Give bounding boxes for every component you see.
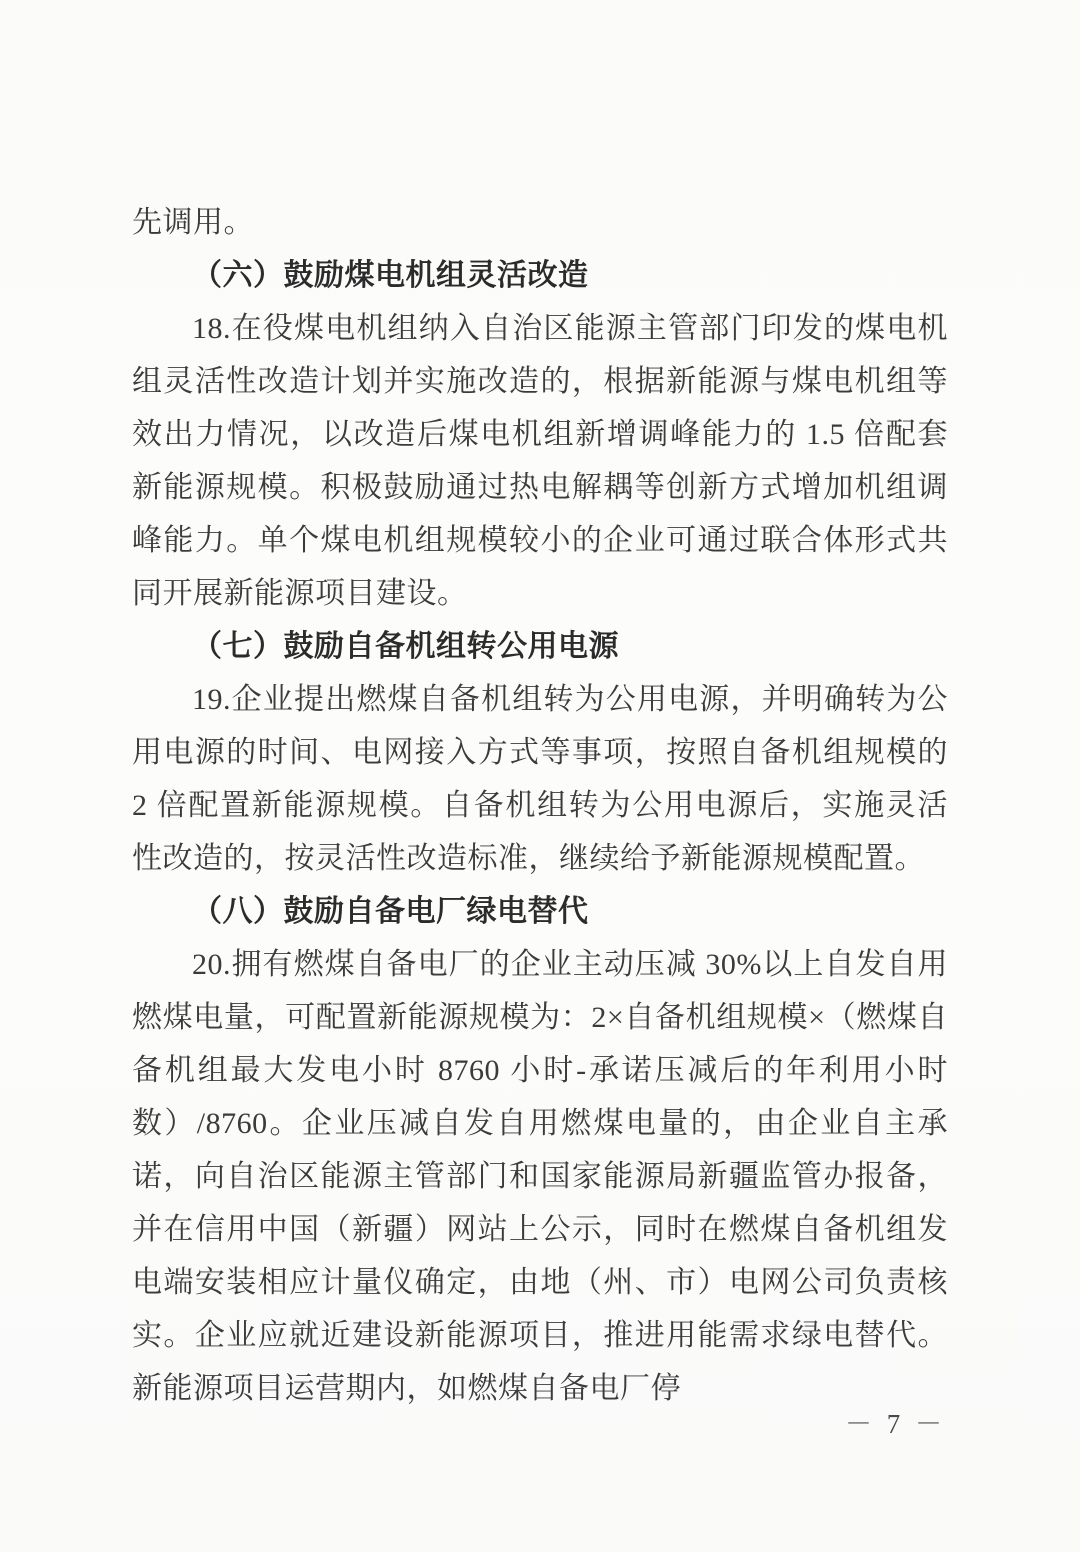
continuation-line: 先调用。 [132,196,948,249]
page-number: － 7 － [845,1404,946,1444]
paragraph-20: 20.拥有燃煤自备电厂的企业主动压减 30%以上自发自用燃煤电量，可配置新能源规… [132,938,948,1415]
paragraph-19: 19.企业提出燃煤自备机组转为公用电源，并明确转为公用电源的时间、电网接入方式等… [132,673,948,885]
section-heading-7: （七）鼓励自备机组转公用电源 [132,620,948,673]
section-heading-8: （八）鼓励自备电厂绿电替代 [132,885,948,938]
section-heading-6: （六）鼓励煤电机组灵活改造 [132,249,948,302]
paragraph-18: 18.在役煤电机组纳入自治区能源主管部门印发的煤电机组灵活性改造计划并实施改造的… [132,302,948,620]
scanned-document-page: { "document": { "blocks": [ { "type": "c… [0,0,1080,1552]
document-body: 先调用。 （六）鼓励煤电机组灵活改造 18.在役煤电机组纳入自治区能源主管部门印… [132,196,948,1415]
